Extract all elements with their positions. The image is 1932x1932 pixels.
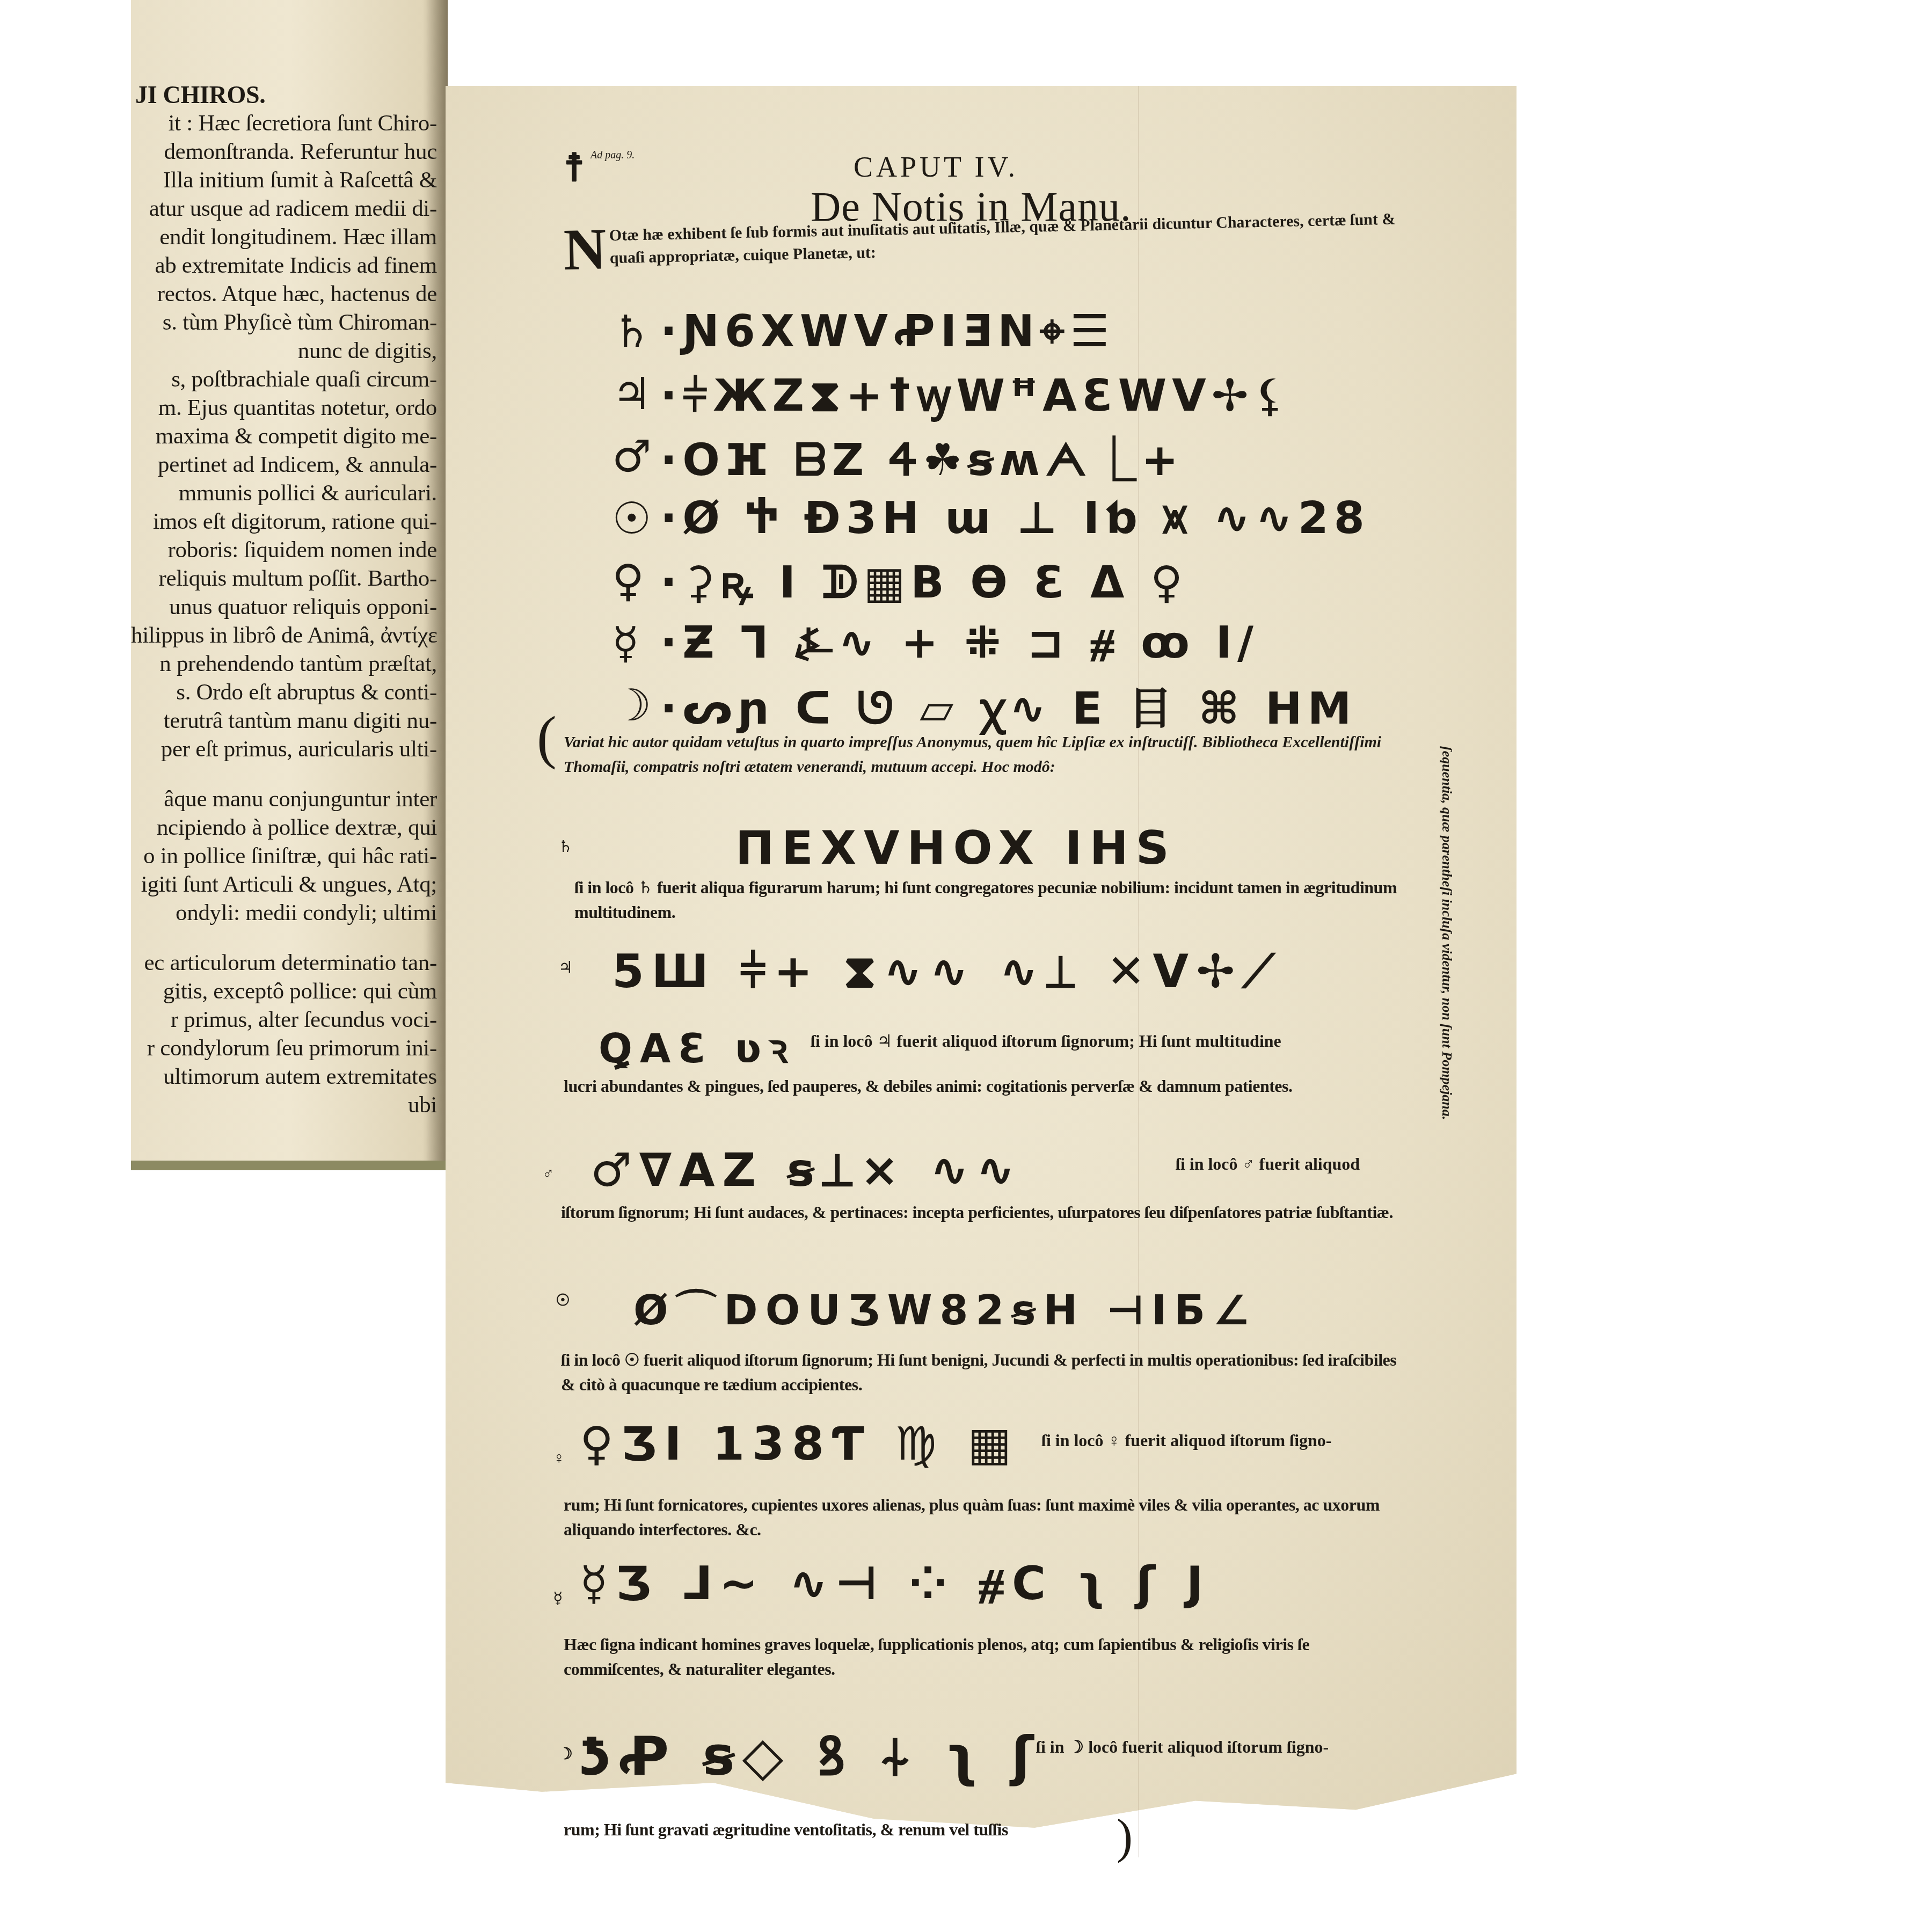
- section-text: rum; Hi ſunt fornicatores, cupientes uxo…: [564, 1492, 1401, 1542]
- text-line: roboris: ſiquidem nomen inde: [131, 536, 437, 564]
- glyph-row-sun: ☉·Ø Ⴕ Ɖ3H ɯ ⊥ Iƅ ⩙ ∿∿28: [612, 487, 1406, 550]
- section-text: iſtorum ſignorum; Hi ſunt audaces, & per…: [561, 1200, 1398, 1224]
- inline-text: ſi in ☽ locô fuerit aliquod iſtorum ſign…: [1036, 1737, 1329, 1757]
- cross-mark-icon: ☨: [564, 145, 585, 191]
- text-line: ultimorum autem extremitates: [131, 1062, 437, 1091]
- glyph-sequence: ·Oⴼ ᗷZ Ꮞ☘ꞩʍᗅ⎿+: [660, 425, 1184, 488]
- note-text: Variat hic autor quidam vetuſtus in quar…: [539, 730, 1420, 779]
- mars-icon: ♂: [542, 1165, 555, 1183]
- inline-text: ſi in locô ♂ fuerit aliquod: [1176, 1154, 1360, 1174]
- section-mars: ♂ ♂∇AZ ꞩ⟂× ∿∿ ſi in locô ♂ fuerit aliquo…: [558, 1138, 1417, 1262]
- text-line: pertinet ad Indicem, & annula-: [131, 450, 437, 479]
- moon-icon: ☽: [612, 680, 660, 731]
- sun-icon: ☉: [556, 1291, 570, 1310]
- text-line: o in pollice ſiniſtræ, qui hâc rati-: [131, 842, 437, 870]
- glyph-row-saturn: ♄·Ɲ6XWVꝒIƎN⌖☰: [612, 301, 1406, 363]
- text-line: [131, 763, 437, 785]
- text-line: gitis, exceptô pollice: qui cùm: [131, 977, 437, 1005]
- glyph-sequence: Ø⌒DOᑌƷW82ꞩH ⊣IƂ∠: [633, 1278, 1257, 1336]
- section-mercury: ☿ ☿Ʒ ⅃∼ ∿⊣ ⁘ ⧣C ʅ ʃ J Hæc ſigna indicant…: [558, 1557, 1417, 1696]
- glyph-sequence: ☿Ʒ ⅃∼ ∿⊣ ⁘ ⧣C ʅ ʃ J: [580, 1557, 1211, 1612]
- text-line: r condylorum ſeu primorum ini-: [131, 1034, 437, 1062]
- text-line: imos eſt digitorum, ratione qui-: [131, 507, 437, 536]
- section-venus: ♀ ♀ƷI 138Ƭ ♍ ▦ ſi in locô ♀ fuerit aliqu…: [558, 1417, 1417, 1546]
- text-line: ab extremitate Indicis ad finem: [131, 251, 437, 280]
- glyph-row-venus: ♀·⚳ꝶ I ᗫ▦B Ѳ Ɛ Δ ♀: [612, 550, 1406, 612]
- mercury-icon: ☿: [553, 1589, 563, 1608]
- open-parenthesis: (: [537, 725, 557, 749]
- jupiter-icon: ♃: [612, 369, 660, 420]
- planetary-characters-table: ♄·Ɲ6XWVꝒIƎN⌖☰ ♃·⫩ЖZ⧗+ꝉꝡWꟸAƐWV✢⚸ ♂·Oⴼ ᗷZ …: [612, 301, 1406, 737]
- glyph-sequence: ·Ƶ Ꞁ ⍼∿ + ⁜ ⊐ ⧣ ꝏ I/: [660, 617, 1259, 669]
- section-sun: ☉ Ø⌒DOᑌƷW82ꞩH ⊣IƂ∠ ſi in locô ☉ fuerit a…: [558, 1278, 1417, 1406]
- glyph-sequence: ΠEXVHOX IHS: [735, 821, 1177, 875]
- text-line: endit longitudinem. Hæc illam: [131, 223, 437, 251]
- section-text: ſi in locô ☉ fuerit aliquod iſtorum ſign…: [561, 1347, 1398, 1397]
- text-line: r primus, alter ſecundus voci-: [131, 1005, 437, 1034]
- drop-cap: N: [563, 224, 607, 274]
- text-line: ncipiendo à pollice dextræ, qui: [131, 813, 437, 842]
- saturn-icon: ♄: [612, 307, 660, 358]
- running-head: JI CHIROS.: [131, 81, 437, 109]
- section-text: lucri abundantes & pingues, ſed pauperes…: [564, 1074, 1401, 1098]
- text-line: ec articulorum determinatio tan-: [131, 949, 437, 977]
- close-parenthesis: ): [1117, 1809, 1133, 1864]
- text-line: reliquis multum poſſit. Bartho-: [131, 564, 437, 593]
- text-line: unus quatuor reliquis opponi-: [131, 593, 437, 621]
- text-line: rectos. Atque hæc, hactenus de: [131, 280, 437, 308]
- section-text: ſi in locô ♄ fuerit aliqua figurarum har…: [574, 875, 1412, 924]
- glyph-sequence: ♂∇AZ ꞩ⟂× ∿∿: [590, 1143, 1023, 1198]
- glyph-sequence: ·ᔕɲ ᑕ ᘎ ▱ ꭓ∿ E 目 ⌘ HM: [660, 674, 1357, 737]
- text-line: s. Ordo eſt abruptus & conti-: [131, 678, 437, 706]
- glyph-sequence: ♀ƷI 138Ƭ ♍ ▦: [580, 1417, 1019, 1471]
- editorial-note: ( Variat hic autor quidam vetuſtus in qu…: [539, 730, 1420, 779]
- inline-text: ſi in locô ♃ fuerit aliquod iſtorum ſign…: [811, 1031, 1281, 1051]
- text-line: s, poſtbrachiale quaſi circum-: [131, 365, 437, 393]
- text-line: mmunis pollici & auriculari.: [131, 479, 437, 507]
- mars-icon: ♂: [612, 431, 660, 482]
- text-line: hilippus in librô de Animâ, ἀντίχειρ: [131, 621, 437, 650]
- vertical-margin-note: ſequentia, quæ parentheſi incluſa vident…: [1439, 746, 1455, 1120]
- text-line: âque manu conjunguntur inter: [131, 785, 437, 813]
- left-book-page: JI CHIROS. it : Hæc ſecretiora ſunt Chir…: [131, 0, 448, 1170]
- glyph-sequence: ·Ø Ⴕ Ɖ3H ɯ ⊥ Iƅ ⩙ ∿∿28: [660, 493, 1370, 544]
- chapter-heading: CAPUT IV.: [854, 150, 1018, 184]
- text-line: nunc de digitis,: [131, 337, 437, 365]
- text-line: per eſt primus, auricularis ulti-: [131, 735, 437, 763]
- text-line: it : Hæc ſecretiora ſunt Chiro-: [131, 109, 437, 137]
- left-page-text: JI CHIROS. it : Hæc ſecretiora ſunt Chir…: [131, 81, 437, 1119]
- section-jupiter: ♃ 5Ш ⫩+ ⧗∿∿ ∿⟂ ✕V✢⟋ ꝖAƐ ʋꝛ ſi in locô ♃ …: [558, 945, 1417, 1122]
- glyph-row-moon: ☽·ᔕɲ ᑕ ᘎ ▱ ꭓ∿ E 目 ⌘ HM: [612, 674, 1406, 737]
- section-moon: ☽ ƾꝒ ꞩ◇ ꝸ ⍭ ʅ ʃ ſi in ☽ locô fuerit aliq…: [558, 1712, 1417, 1873]
- jupiter-icon: ♃: [558, 958, 573, 977]
- text-line: ondyli: medii condyli; ultimi: [131, 899, 437, 927]
- section-text: rum; Hi ſunt gravati ægritudine ventoſit…: [564, 1817, 1100, 1842]
- glyph-sequence: ·⚳ꝶ I ᗫ▦B Ѳ Ɛ Δ ♀: [660, 551, 1188, 611]
- saturn-icon: ♄: [558, 837, 573, 856]
- glyph-sequence: ·⫩ЖZ⧗+ꝉꝡWꟸAƐWV✢⚸: [660, 364, 1291, 424]
- text-line: maxima & competit digito me-: [131, 422, 437, 450]
- page-reference: Ad pag. 9.: [590, 149, 635, 162]
- glyph-sequence: 5Ш ⫩+ ⧗∿∿ ∿⟂ ✕V✢⟋: [612, 945, 1282, 1000]
- catchword: ubi: [131, 1091, 437, 1119]
- text-line: n prehendendo tantùm præſtat,: [131, 650, 437, 678]
- inline-text: ſi in locô ♀ fuerit aliquod iſtorum ſign…: [1041, 1431, 1331, 1450]
- venus-icon: ♀: [553, 1449, 565, 1468]
- section-saturn: ♄ ΠEXVHOX IHS ſi in locô ♄ fuerit aliqua…: [558, 821, 1417, 929]
- mercury-icon: ☿: [612, 618, 660, 669]
- text-line: igiti ſunt Articuli & ungues, Atq;: [131, 870, 437, 899]
- text-line: atur usque ad radicem medii di-: [131, 194, 437, 223]
- glyph-sequence-2: ꝖAƐ ʋꝛ: [599, 1020, 795, 1074]
- glyph-row-mercury: ☿·Ƶ Ꞁ ⍼∿ + ⁜ ⊐ ⧣ ꝏ I/: [612, 612, 1406, 674]
- section-text: Hæc ſigna indicant homines graves loquel…: [564, 1632, 1401, 1681]
- sun-icon: ☉: [612, 493, 660, 544]
- text-line: demonſtranda. Referuntur huc: [131, 137, 437, 166]
- text-line: [131, 927, 437, 949]
- glyph-sequence: ƾꝒ ꞩ◇ ꝸ ⍭ ʅ ʃ: [580, 1718, 1041, 1791]
- glyph-row-mars: ♂·Oⴼ ᗷZ Ꮞ☘ꞩʍᗅ⎿+: [612, 425, 1406, 487]
- moon-icon: ☽: [558, 1745, 573, 1763]
- venus-icon: ♀: [612, 556, 660, 607]
- text-line: s. tùm Phyſicè tùm Chiroman-: [131, 308, 437, 337]
- text-line: m. Ejus quantitas notetur, ordo: [131, 393, 437, 422]
- text-line: Illa initium ſumit à Raſcettâ &: [131, 166, 437, 194]
- text-line: terutrâ tantùm manu digiti nu-: [131, 706, 437, 735]
- glyph-sequence: ·Ɲ6XWVꝒIƎN⌖☰: [660, 306, 1115, 358]
- glyph-row-jupiter: ♃·⫩ЖZ⧗+ꝉꝡWꟸAƐWV✢⚸: [612, 363, 1406, 425]
